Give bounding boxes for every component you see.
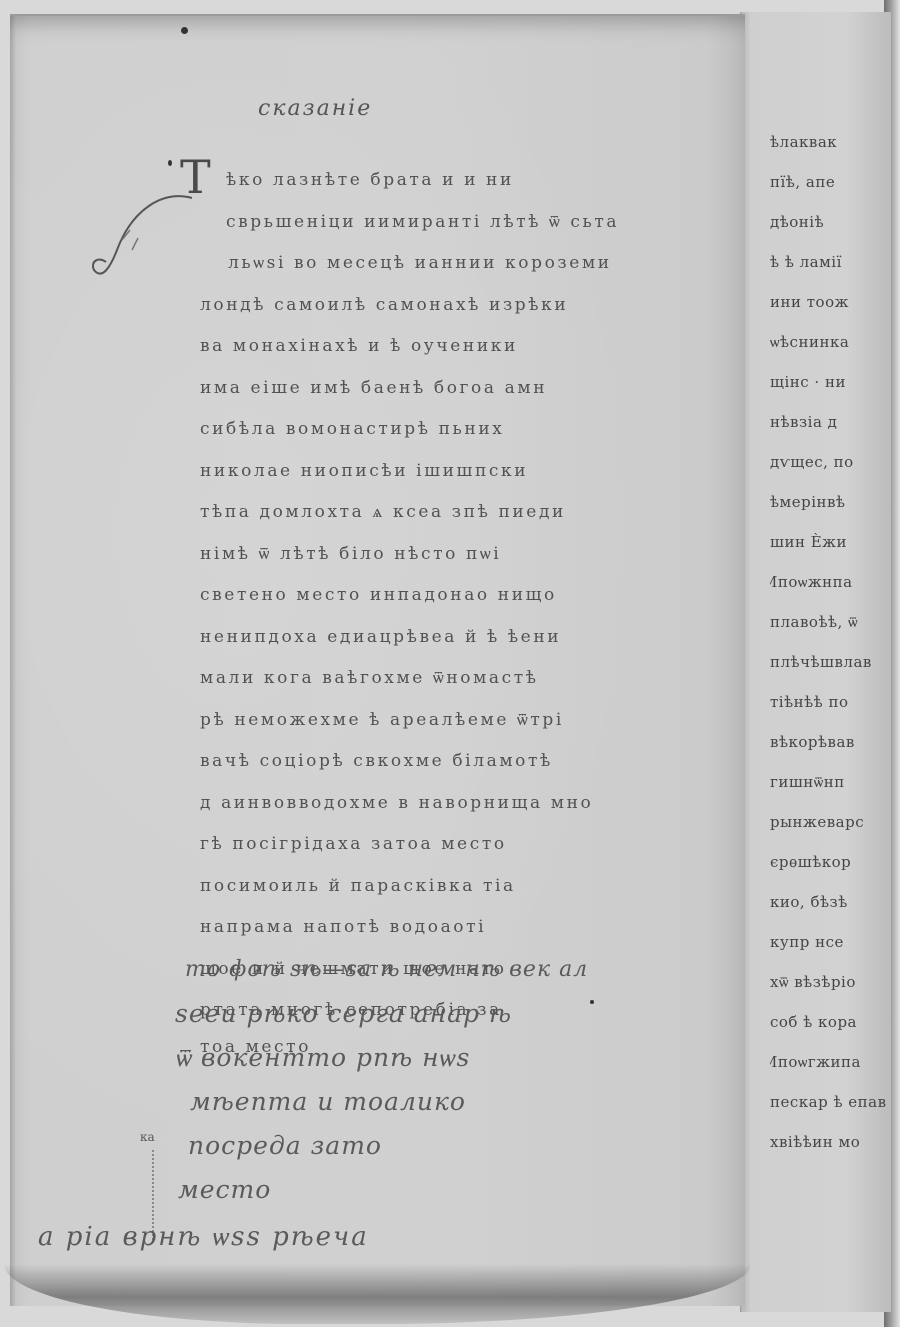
text-line: лондѣ самоилѣ самонахѣ изрѣки bbox=[188, 285, 728, 327]
facing-line: ѣ ѣ ламії bbox=[770, 242, 888, 282]
annotation-line: место bbox=[150, 1168, 730, 1212]
later-hand-annotation: то фоѣ ѕѣ—ѕа ѣ нем нѣ век ал ѕееи рѣко с… bbox=[150, 948, 730, 1212]
text-line: има еіше имѣ баенѣ богоа амн bbox=[188, 368, 728, 410]
facing-line: пескар ѣ епав bbox=[770, 1082, 888, 1122]
facing-line: ѡѣснинка bbox=[770, 322, 888, 362]
facing-page-text: ѣлаквак пїѣ, апе дѣоніѣ ѣ ѣ ламії ини то… bbox=[770, 122, 888, 1162]
facing-line: плѣчѣшвлав bbox=[770, 642, 888, 682]
text-line: рѣ неможехме ѣ ареалѣеме ѿтрі bbox=[188, 700, 728, 742]
facing-line: дѣоніѣ bbox=[770, 202, 888, 242]
facing-line: дѵщес, по bbox=[770, 442, 888, 482]
facing-line: ѣлаквак bbox=[770, 122, 888, 162]
annotation-line: мѣепта и тоалико bbox=[150, 1080, 730, 1124]
text-line: гѣ посігрідаха затоа место bbox=[188, 824, 728, 866]
facing-line: єрѳшѣкор bbox=[770, 842, 888, 882]
heading-skazanie: сказаніе bbox=[258, 96, 372, 121]
manuscript-scan: сказаніе Т ѣко лазнѣте брата и и ни сврь… bbox=[0, 0, 900, 1327]
annotation-line: посреда зато bbox=[150, 1124, 730, 1168]
text-line: ненипдоха едиацрѣвеа й ѣ ѣени bbox=[188, 617, 728, 659]
facing-line: хвіѣѣин мо bbox=[770, 1122, 888, 1162]
text-line: д аинвовводохме в наворнища мно bbox=[188, 783, 728, 825]
bottom-scrawl: а ріа врнѣ ѡѕѕ рѣеча bbox=[38, 1222, 369, 1252]
facing-line: щінс · ни bbox=[770, 362, 888, 402]
text-line: николае ниописѣи ішишпски bbox=[188, 451, 728, 493]
margin-flourish-icon bbox=[92, 190, 202, 290]
annotation-line: ѿ вокентто рпѣ нѡѕ bbox=[150, 1036, 730, 1080]
text-line: тѣпа домлохта ѧ ксеа зпѣ пиеди bbox=[188, 492, 728, 534]
text-line: сибѣла вомонастирѣ пьних bbox=[188, 409, 728, 451]
text-line: сврьшеніци иимиранті лѣтѣ ѿ сьта bbox=[188, 202, 728, 244]
ink-speck bbox=[181, 27, 188, 34]
facing-line: ѣмерінвѣ bbox=[770, 482, 888, 522]
facing-line: вѣкорѣвав bbox=[770, 722, 888, 762]
text-line: льѡѕі во месецѣ ианнии короземи bbox=[188, 243, 728, 285]
text-line: светено место инпадонао нищо bbox=[188, 575, 728, 617]
margin-note: ка bbox=[140, 1130, 155, 1144]
facing-line: ини тоож bbox=[770, 282, 888, 322]
text-line: напрама напотѣ водоаоті bbox=[188, 907, 728, 949]
text-line: мали кога ваѣгохме ѿномастѣ bbox=[188, 658, 728, 700]
facing-line: купр нсе bbox=[770, 922, 888, 962]
facing-line: пїѣ, апе bbox=[770, 162, 888, 202]
text-line: вачѣ соціорѣ свкохме біламотѣ bbox=[188, 741, 728, 783]
facing-line: хѿ вѣзѣріо bbox=[770, 962, 888, 1002]
main-text-block: ѣко лазнѣте брата и и ни сврьшеніци иими… bbox=[188, 160, 728, 1062]
facing-line: гишнѿнп bbox=[770, 762, 888, 802]
text-line: посимоиль й парасківка тіа bbox=[188, 866, 728, 908]
facing-line: плавоѣѣ, ѿ bbox=[770, 602, 888, 642]
annotation-line: то фоѣ ѕѣ—ѕа ѣ нем нѣ век ал bbox=[150, 948, 730, 992]
facing-line: нѣвзіа д bbox=[770, 402, 888, 442]
text-line: ва монахінахѣ и ѣ оученики bbox=[188, 326, 728, 368]
facing-line: соб ѣ кора bbox=[770, 1002, 888, 1042]
facing-line: Мпоѡжнпа bbox=[770, 562, 888, 602]
facing-line: тіѣнѣѣ по bbox=[770, 682, 888, 722]
facing-line: шин Ѐжи bbox=[770, 522, 888, 562]
facing-line: кио, бѣзѣ bbox=[770, 882, 888, 922]
facing-line: Мпоѡгжипа bbox=[770, 1042, 888, 1082]
text-line: ѣко лазнѣте брата и и ни bbox=[188, 160, 728, 202]
text-line: німѣ ѿ лѣтѣ біло нѣсто пѡі bbox=[188, 534, 728, 576]
annotation-line: ѕееи рѣко серга анар ѣ bbox=[150, 992, 730, 1036]
facing-line: рынжеварс bbox=[770, 802, 888, 842]
ink-speck bbox=[168, 160, 172, 166]
